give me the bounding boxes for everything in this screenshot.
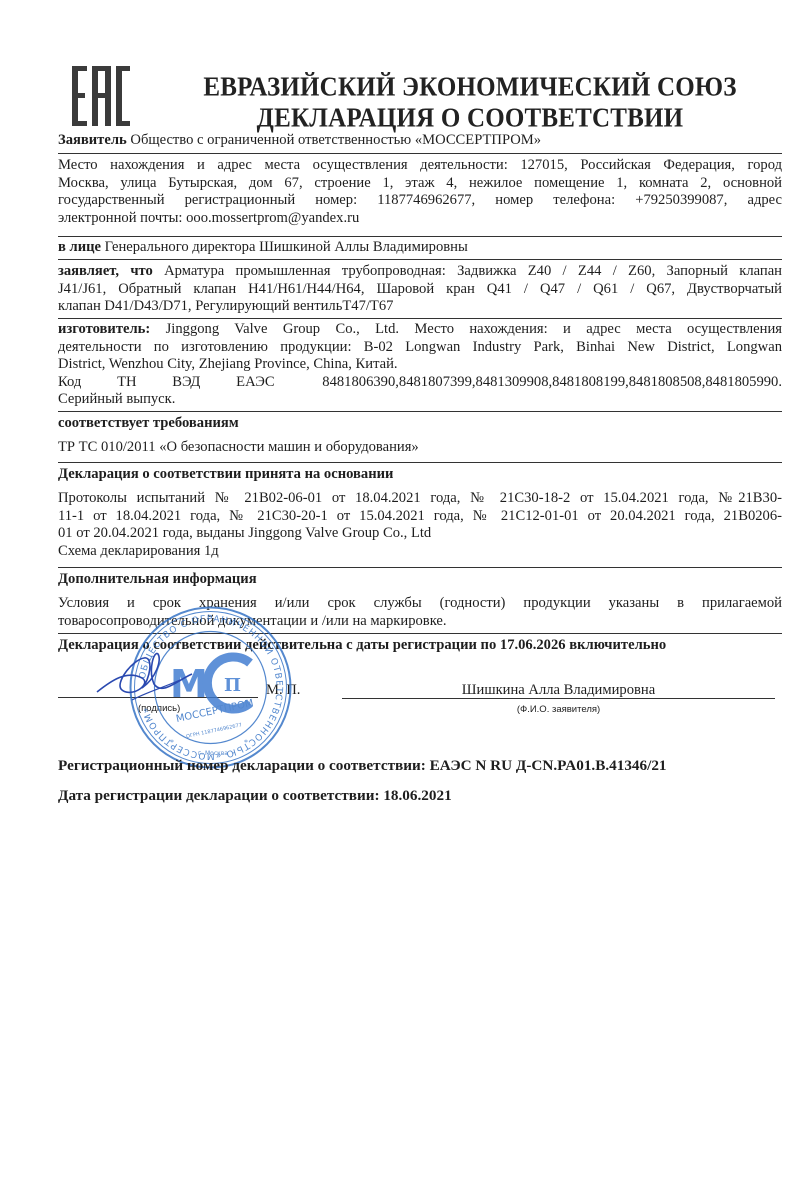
title-declaration: ДЕКЛАРАЦИЯ О СООТВЕТСТВИИ	[190, 102, 750, 135]
divider	[58, 318, 782, 319]
divider	[58, 462, 782, 463]
svg-text:П: П	[224, 675, 241, 696]
conforms-section: соответствует требованиям ТР ТС 010/2011…	[58, 415, 782, 456]
eac-logo-icon	[72, 66, 130, 126]
divider	[58, 236, 782, 237]
basis-section: Декларация о соответствии принята на осн…	[58, 466, 782, 484]
divider	[58, 567, 782, 568]
declares-label: заявляет, что	[58, 263, 153, 279]
address-line: электронной почты: ooo.mossertprom@yande…	[58, 210, 782, 228]
title-union: ЕВРАЗИЙСКИЙ ЭКОНОМИЧЕСКИЙ СОЮЗ	[190, 71, 750, 104]
registration-number-label: Регистрационный номер декларации о соотв…	[58, 757, 426, 774]
address-line: Москва, улица Бутырская, дом 67, строени…	[58, 175, 782, 193]
basis-label: Декларация о соответствии принята на осн…	[58, 466, 782, 484]
protocol-line: 11-1 от 18.04.2021 года, № 21C30-20-1 от…	[58, 508, 782, 526]
manufacturer-line: Jinggong Valve Group Co., Ltd. Место нах…	[166, 321, 782, 337]
product-line: клапан D41/D43/D71, Регулирующий вентиль…	[58, 298, 782, 316]
registration-number-row: Регистрационный номер декларации о соотв…	[58, 757, 782, 775]
document-title: ЕВРАЗИЙСКИЙ ЭКОНОМИЧЕСКИЙ СОЮЗ ДЕКЛАРАЦИ…	[190, 72, 750, 134]
applicant-label: Заявитель	[58, 132, 127, 148]
name-caption: (Ф.И.О. заявителя)	[342, 701, 775, 719]
divider	[58, 411, 782, 412]
applicant-name: Шишкина Алла Владимировна	[342, 682, 775, 700]
basis-protocols: Протоколы испытаний № 21B02-06-01 от 18.…	[58, 490, 782, 560]
registration-number-value: ЕАЭС N RU Д-CN.PA01.B.41346/21	[430, 757, 667, 774]
manufacturer-line: деятельности по изготовлению продукции: …	[58, 339, 782, 357]
manufacturer-line: District, Wenzhou City, Zhejiang Provinc…	[58, 356, 782, 374]
registration-date-label: Дата регистрации декларации о соответств…	[58, 787, 380, 804]
conforms-label: соответствует требованиям	[58, 415, 782, 433]
protocol-line: 01 от 20.04.2021 года, выданы Jinggong V…	[58, 525, 782, 543]
declaration-document: ЕВРАЗИЙСКИЙ ЭКОНОМИЧЕСКИЙ СОЮЗ ДЕКЛАРАЦИ…	[0, 0, 800, 1199]
manufacturer-label: изготовитель:	[58, 321, 150, 337]
svg-text:*: *	[244, 738, 248, 747]
hs-code-line: Код ТН ВЭД ЕАЭС 8481806390,8481807399,84…	[58, 374, 782, 392]
represented-by-value: Генерального директора Шишкиной Аллы Вла…	[105, 239, 468, 255]
address-line: государственный регистрационный номер: 1…	[58, 192, 782, 210]
product-line: J41/J61, Обратный клапан H41/H61/H44/H64…	[58, 281, 782, 299]
conforms-value: ТР ТС 010/2011 «О безопасности машин и о…	[58, 439, 782, 457]
applicant-value: Общество с ограниченной ответственностью…	[130, 132, 541, 148]
registration-date-row: Дата регистрации декларации о соответств…	[58, 787, 782, 805]
divider	[58, 259, 782, 260]
manufacturer-section: изготовитель: Jinggong Valve Group Co., …	[58, 321, 782, 409]
additional-label: Дополнительная информация	[58, 571, 782, 589]
svg-text:ОГРН 1187746962677: ОГРН 1187746962677	[186, 722, 243, 740]
divider	[58, 153, 782, 154]
represented-by-label: в лице	[58, 239, 101, 255]
declaration-scheme: Схема декларирования 1д	[58, 543, 782, 561]
serial-production: Серийный выпуск.	[58, 391, 782, 409]
represented-by-row: в лице Генерального директора Шишкиной А…	[58, 239, 782, 257]
registration-date-value: 18.06.2021	[383, 787, 451, 804]
applicant-row: Заявитель Общество с ограниченной ответс…	[58, 132, 782, 150]
additional-section: Дополнительная информация	[58, 571, 782, 589]
product-line: Арматура промышленная трубопроводная: За…	[164, 263, 782, 279]
protocol-line: Протоколы испытаний № 21B02-06-01 от 18.…	[58, 490, 782, 508]
signature-scribble-icon	[92, 640, 202, 710]
svg-text:г. Москва: г. Москва	[198, 750, 228, 757]
svg-text:*: *	[170, 738, 174, 747]
declares-section: заявляет, что Арматура промышленная труб…	[58, 263, 782, 316]
address-line: Место нахождения и адрес места осуществл…	[58, 157, 782, 175]
applicant-address: Место нахождения и адрес места осуществл…	[58, 157, 782, 227]
